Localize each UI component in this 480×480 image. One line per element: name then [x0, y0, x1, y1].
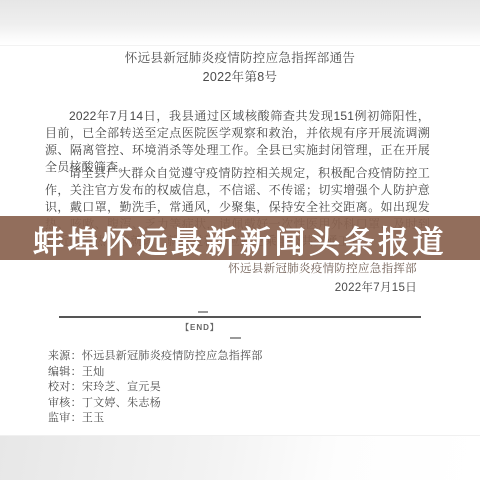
meta-row-editor: 编辑：王灿 — [48, 365, 263, 381]
notice-title-line2: 2022年第8号 — [48, 68, 432, 87]
meta-value-editor: 王灿 — [82, 366, 105, 378]
divider-line — [59, 316, 421, 318]
headline-text: 蚌埠怀远最新新闻头条报道 — [33, 217, 447, 262]
article-footer-divider: 【END】 — [0, 311, 480, 339]
meta-value-supervisor: 王玉 — [82, 412, 105, 424]
meta-value-proofreader: 宋玲芝、宣元昊 — [82, 381, 161, 393]
meta-row-reviewer: 审核：丁文婷、朱志杨 — [48, 396, 263, 412]
news-article-image: 怀远县新冠肺炎疫情防控应急指挥部通告 2022年第8号 2022年7月14日，我… — [0, 0, 480, 480]
meta-label-supervisor: 监审： — [48, 412, 82, 424]
notice-title-line1: 怀远县新冠肺炎疫情防控应急指挥部通告 — [48, 49, 432, 68]
meta-row-proofreader: 校对：宋玲芝、宣元昊 — [48, 380, 263, 396]
signature-issuer: 怀远县新冠肺炎疫情防控应急指挥部 — [228, 261, 417, 278]
meta-row-supervisor: 监审：王玉 — [48, 411, 263, 427]
end-marker: 【END】 — [140, 322, 260, 333]
article-meta-block: 来源：怀远县新冠肺炎疫情防控应急指挥部 编辑：王灿 校对：宋玲芝、宣元昊 审核：… — [48, 349, 263, 427]
signature-block: 怀远县新冠肺炎疫情防控应急指挥部 2022年7月15日 — [228, 261, 417, 297]
meta-value-reviewer: 丁文婷、朱志杨 — [82, 397, 161, 409]
headline-overlay-band: 蚌埠怀远最新新闻头条报道 — [0, 216, 480, 260]
notice-title: 怀远县新冠肺炎疫情防控应急指挥部通告 2022年第8号 — [48, 49, 432, 87]
divider-tick-top — [198, 311, 208, 313]
meta-label-source: 来源： — [48, 350, 82, 362]
meta-label-reviewer: 审核： — [48, 397, 82, 409]
meta-value-source: 怀远县新冠肺炎疫情防控应急指挥部 — [82, 350, 263, 362]
meta-row-source: 来源：怀远县新冠肺炎疫情防控应急指挥部 — [48, 349, 263, 365]
meta-label-proofreader: 校对： — [48, 381, 82, 393]
signature-date: 2022年7月15日 — [228, 280, 417, 297]
meta-label-editor: 编辑： — [48, 366, 82, 378]
divider-tick-bottom — [230, 337, 241, 339]
photo-top-edge-fade — [0, 0, 480, 46]
photo-bottom-edge-fade — [0, 435, 480, 480]
